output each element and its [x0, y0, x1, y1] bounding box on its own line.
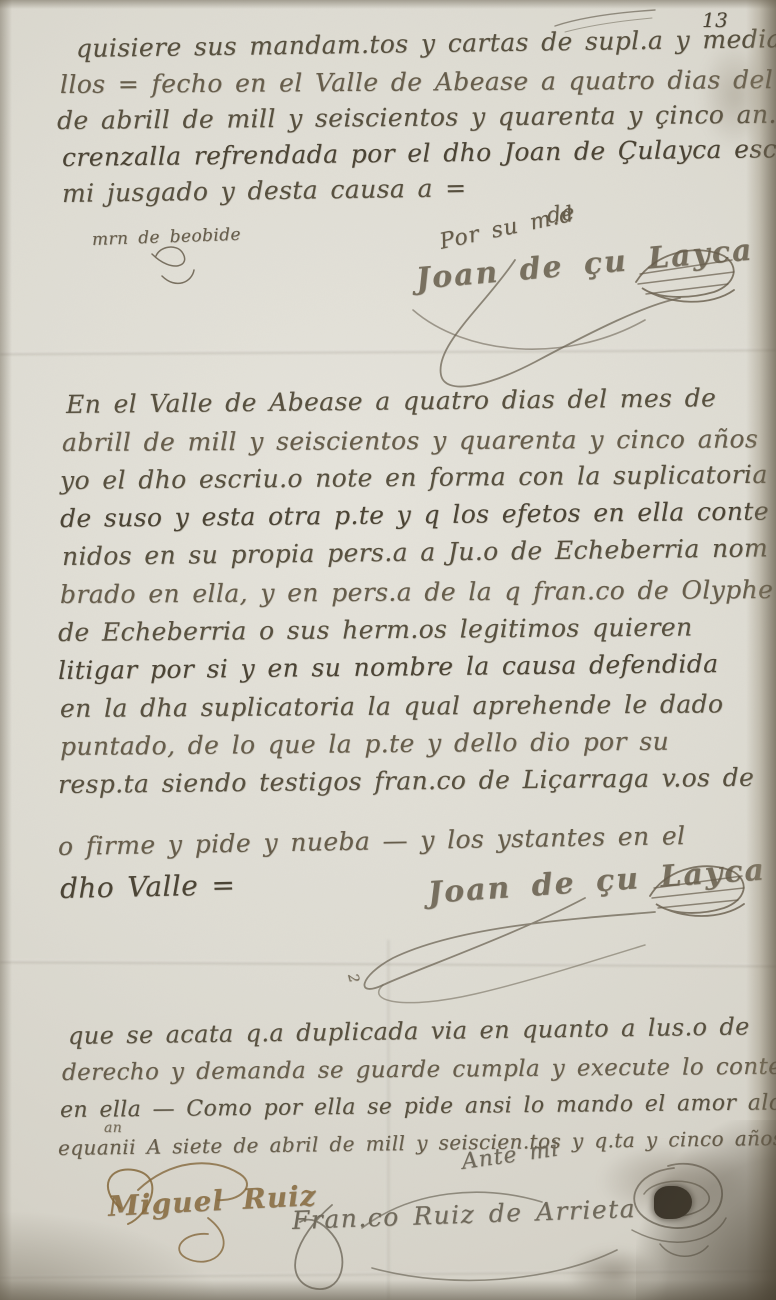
- fold-crease-vertical: [386, 940, 389, 1300]
- manuscript-line: puntado, de lo que la p.te y dello dio p…: [60, 727, 669, 761]
- manuscript-line: yo el dho escriu.o note en forma con la …: [60, 460, 768, 495]
- margin-note-rubric: [138, 248, 202, 294]
- fold-crease-upper: [0, 348, 776, 355]
- signature-prefix-de: de: [545, 200, 576, 229]
- signature-name-bottom-right: Fran.co Ruiz de Arrieta: [291, 1194, 636, 1235]
- manuscript-line: resp.ta siendo testigos fran.co de Liçar…: [58, 763, 755, 799]
- shadow-bottom-left: [0, 1210, 220, 1300]
- manuscript-line: de Echeberria o sus herm.os legitimos qu…: [58, 612, 693, 647]
- interline-insertion: an: [104, 1120, 122, 1136]
- manuscript-line: en ella — Como por ella se pide ansi lo …: [60, 1089, 776, 1123]
- manuscript-line: que se acata q.a duplicada via en quanto…: [68, 1012, 750, 1050]
- manuscript-page: 13 quisiere sus mandam.tos y cartas de s…: [0, 0, 776, 1300]
- manuscript-line: quisiere sus mandam.tos y cartas de supl…: [76, 22, 776, 63]
- manuscript-line: brado en ella, y en pers.a de la q fran.…: [60, 575, 774, 609]
- manuscript-line-closing: dho Valle =: [60, 868, 236, 905]
- shadow-bottom-right-corner: [636, 1120, 776, 1300]
- manuscript-line: derecho y demanda se guarde cumpla y exe…: [62, 1053, 776, 1086]
- manuscript-line: En el Valle de Abease a quatro dias del …: [66, 383, 717, 419]
- manuscript-line: litigar por si y en su nombre la causa d…: [58, 649, 719, 685]
- signature-name-zulayca-2: Joan de çu Layca: [427, 852, 767, 911]
- manuscript-line: llos = fecho en el Valle de Abease a qua…: [60, 65, 776, 99]
- manuscript-line: de suso y esta otra p.te y q los efetos …: [60, 497, 769, 533]
- margin-note: mrn de beobide: [92, 225, 242, 250]
- page-edge-top: [0, 0, 776, 9]
- manuscript-line: abrill de mill y seiscientos y quarenta …: [62, 424, 758, 457]
- page-edge-left: [0, 0, 12, 1300]
- manuscript-line: en la dha suplicatoria la qual aprehende…: [60, 689, 724, 723]
- manuscript-line: mi jusgado y desta causa a =: [62, 173, 467, 208]
- flourish-tail-mark: 2: [344, 972, 362, 985]
- manuscript-line: de abrill de mill y seiscientos y quaren…: [57, 99, 776, 135]
- page-edge-right: [746, 0, 776, 1300]
- manuscript-line: o firme y pide y nueba — y los ystantes …: [58, 821, 686, 861]
- manuscript-line: nidos en su propia pers.a a Ju.o de Eche…: [62, 533, 768, 571]
- manuscript-line: crenzalla refrendada por el dho Joan de …: [62, 133, 776, 172]
